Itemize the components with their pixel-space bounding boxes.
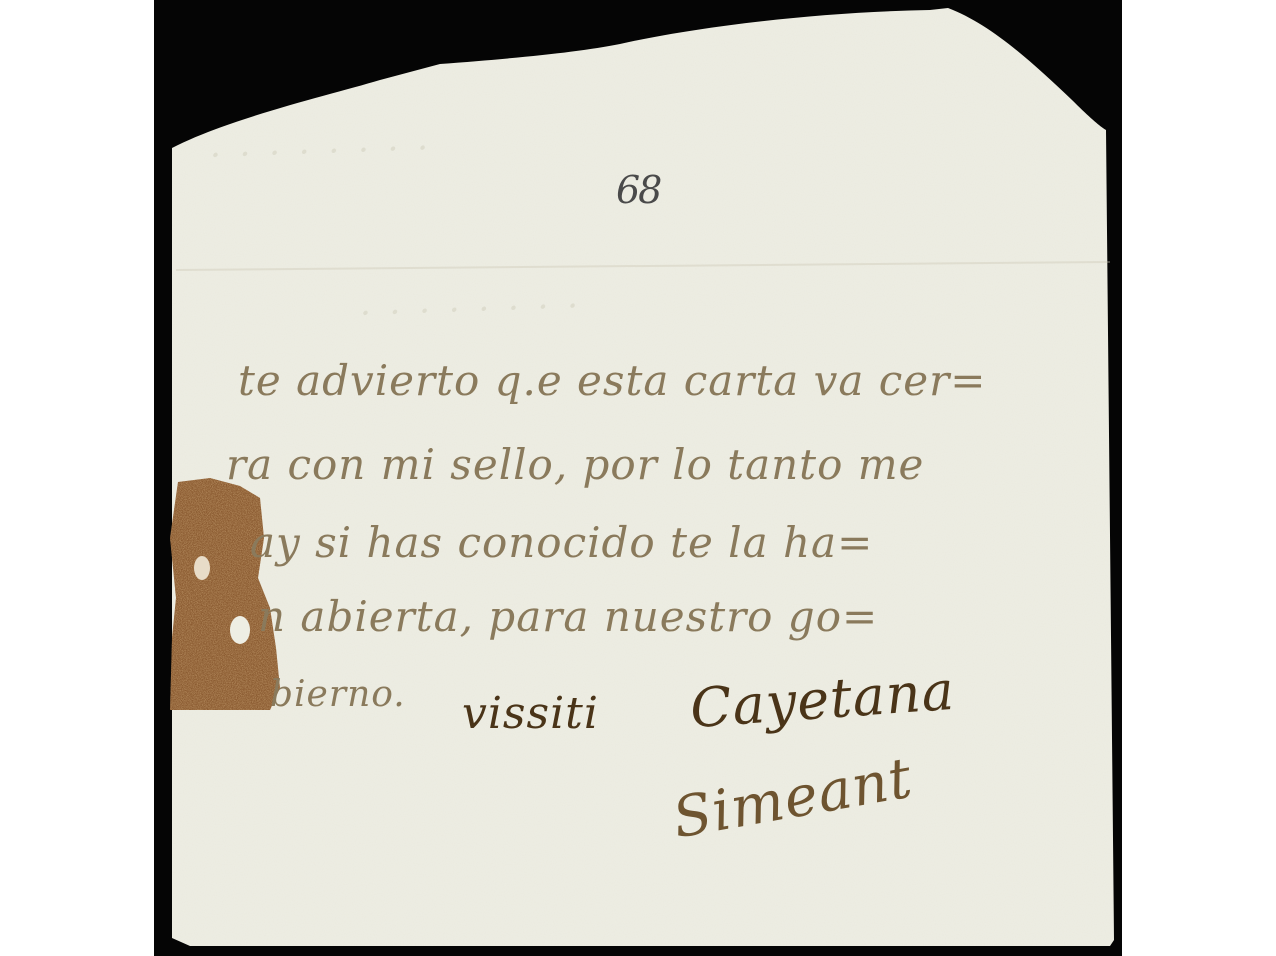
closing-word: vissiti — [462, 688, 599, 739]
letter-line-3: ay si has conocido te la ha= — [250, 518, 873, 567]
bleed-through-text: · · · · · · · · — [359, 286, 582, 334]
bleed-through-text: · · · · · · · · — [209, 128, 432, 176]
letter-line-1: te advierto q.e esta carta va cer= — [238, 356, 986, 405]
letter-line-2: ra con mi sello, por lo tanto me — [226, 440, 924, 489]
folio-number: 68 — [616, 168, 660, 212]
letter-line-4: n abierta, para nuestro go= — [258, 592, 878, 641]
letter-line-5: bierno. — [270, 674, 406, 715]
